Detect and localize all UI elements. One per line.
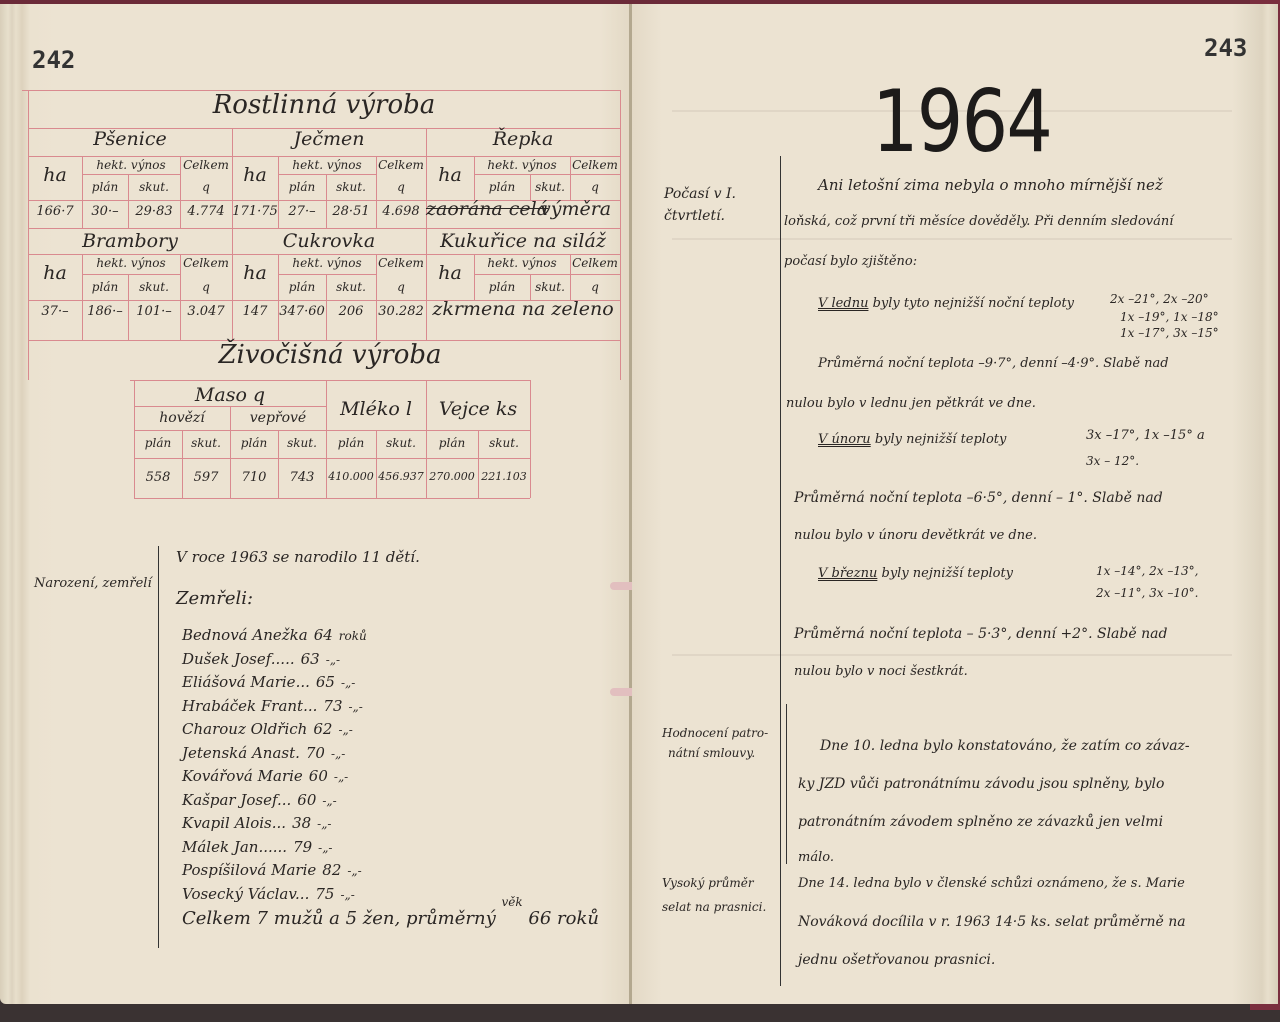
col-plan: plán: [474, 280, 530, 294]
col-celkem: Celkem: [180, 256, 232, 270]
month-text: byly nejnižší teploty: [882, 566, 1014, 581]
col-plan: plán: [326, 436, 376, 450]
month-line-january: V lednu byly tyto nejnižší noční teploty: [818, 296, 1074, 311]
age-unit: roků: [339, 629, 367, 643]
age-unit: -„-: [340, 888, 354, 902]
death-entry: Pospíšilová Marie82-„-: [182, 861, 362, 879]
age-unit: -„-: [318, 841, 332, 855]
page-number: 243: [1204, 34, 1247, 62]
col-ha: ha: [232, 164, 278, 186]
side-label-line: Počasí v I.: [664, 186, 736, 202]
col-unit-q: q: [376, 180, 426, 194]
crop-name-jecmen: Ječmen: [232, 128, 426, 150]
col-ha: ha: [426, 262, 474, 284]
repka-note-struck: zaorána celá: [426, 198, 536, 220]
age-unit: -„-: [349, 700, 363, 714]
page-number: 242: [32, 46, 75, 74]
age-unit: -„-: [338, 723, 352, 737]
col-plan: plán: [82, 180, 128, 194]
temps-line: 2x –21°, 2x –20°: [1110, 292, 1209, 306]
deceased-name: Málek Jan: [182, 838, 258, 856]
month-label: V lednu: [818, 296, 868, 311]
death-entry: Dušek Josef.....63-„-: [182, 650, 340, 668]
psenice-celkem: 4.774: [180, 204, 232, 219]
text-line: Průměrná noční teplota –9·7°, denní –4·9…: [818, 356, 1169, 371]
deceased-age: 62: [313, 720, 332, 738]
text-line: počasí bylo zjištěno:: [784, 254, 917, 269]
crop-name-brambory: Brambory: [28, 230, 232, 252]
leader-dots: ...: [277, 791, 291, 809]
text-line: nulou bylo v noci šestkrát.: [794, 664, 968, 679]
death-entry: Vosecký Václav...75-„-: [182, 885, 355, 903]
margin-rule: [786, 704, 787, 864]
text-line: loňská, což první tři měsíce dověděly. P…: [784, 214, 1173, 229]
death-entry: Bednová Anežka64roků: [182, 626, 367, 644]
kukurice-note: zkrmena na zeleno: [426, 298, 620, 320]
side-label-line: čtvrtletí.: [664, 208, 725, 224]
side-label-line: nátní smlouvy.: [668, 746, 755, 760]
vejce-header: Vejce ks: [426, 398, 530, 420]
col-plan: plán: [134, 436, 182, 450]
text-line: Průměrná noční teplota – 5·3°, denní +2°…: [794, 626, 1167, 642]
summary-insert: věk: [502, 895, 523, 909]
col-skut: skut.: [326, 280, 376, 294]
animal-production-title: Živočišná výroba: [200, 340, 460, 370]
deceased-age: 70: [306, 744, 325, 762]
side-label-line: Vysoký průměr: [662, 876, 754, 890]
col-unit-q: q: [180, 180, 232, 194]
jecmen-skut: 28·51: [326, 204, 376, 219]
summary-text: Celkem 7 mužů a 5 žen, průměrný: [182, 908, 496, 929]
col-celkem: Celkem: [180, 158, 232, 172]
hovezi-plan: 558: [134, 470, 182, 485]
psenice-ha: 166·7: [28, 204, 82, 219]
hovezi-header: hovězí: [134, 410, 230, 426]
temps-line: 1x –14°, 2x –13°,: [1096, 564, 1198, 578]
col-plan: plán: [278, 280, 326, 294]
deceased-age: 73: [323, 697, 342, 715]
col-skut: skut.: [530, 280, 570, 294]
deceased-name: Eliášová Marie: [182, 673, 296, 691]
leader-dots: ......: [258, 838, 287, 856]
crop-name-psenice: Pšenice: [28, 128, 232, 150]
death-entry: Kvapil Alois...38-„-: [182, 814, 331, 832]
deceased-name: Kašpar Josef: [182, 791, 277, 809]
col-skut: skut.: [326, 180, 376, 194]
col-ha: ha: [426, 164, 474, 186]
mleko-header: Mléko l: [326, 398, 426, 420]
col-unit-q: q: [376, 280, 426, 294]
col-unit-q: q: [570, 180, 620, 194]
crop-name-kukurice: Kukuřice na siláž: [426, 230, 620, 252]
col-unit-q: q: [570, 280, 620, 294]
deceased-age: 64: [314, 626, 333, 644]
cukrovka-celkem: 30.282: [376, 304, 426, 319]
death-entry: Málek Jan......79-„-: [182, 838, 332, 856]
jecmen-celkem: 4.698: [376, 204, 426, 219]
repka-note: výměra: [540, 198, 610, 220]
leader-dots: .....: [271, 650, 295, 668]
text-line: Průměrná noční teplota –6·5°, denní – 1°…: [794, 490, 1163, 506]
maso-header: Maso q: [134, 384, 326, 406]
col-celkem: Celkem: [376, 158, 426, 172]
age-unit: -„-: [322, 794, 336, 808]
col-hekt-vynos: hekt. výnos: [278, 256, 376, 270]
deceased-name: Bednová Anežka: [182, 626, 308, 644]
col-celkem: Celkem: [376, 256, 426, 270]
col-skut: skut.: [128, 180, 180, 194]
temps-line: 1x –17°, 3x –15°: [1120, 326, 1219, 340]
text-line: Dne 10. ledna bylo konstatováno, že zatí…: [820, 738, 1190, 754]
col-skut: skut.: [376, 436, 426, 450]
margin-rule: [780, 156, 781, 986]
age-unit: -„-: [334, 770, 348, 784]
death-entry: Eliášová Marie...65-„-: [182, 673, 355, 691]
month-label: V únoru: [818, 432, 871, 447]
deceased-name: Kovářová Marie: [182, 767, 303, 785]
text-line: jednu ošetřovanou prasnici.: [798, 952, 995, 968]
leader-dots: ...: [272, 814, 286, 832]
death-entry: Charouz Oldřich62-„-: [182, 720, 353, 738]
month-label: V březnu: [818, 566, 877, 581]
side-label: Narození, zemřelí: [34, 576, 152, 591]
vejce-plan: 270.000: [426, 470, 478, 483]
col-plan: plán: [426, 436, 478, 450]
hovezi-skut: 597: [182, 470, 230, 485]
open-ledger-book: 242 Rostlinná výroba Pšenice Ječmen Řepk…: [0, 4, 1278, 1010]
col-hekt-vynos: hekt. výnos: [474, 256, 570, 270]
margin-rule: [158, 546, 159, 948]
temps-line: 3x – 12°.: [1086, 454, 1139, 468]
deceased-name: Charouz Oldřich: [182, 720, 307, 738]
psenice-plan: 30·–: [82, 204, 128, 219]
deceased-name: Kvapil Alois: [182, 814, 272, 832]
age-unit: -„-: [347, 864, 361, 878]
col-plan: plán: [230, 436, 278, 450]
death-entry: Kašpar Josef...60-„-: [182, 791, 337, 809]
temps-line: 2x –11°, 3x –10°.: [1096, 586, 1198, 600]
col-celkem: Celkem: [570, 158, 620, 172]
brambory-skut: 101·–: [128, 304, 180, 319]
deaths-heading: Zemřeli:: [176, 588, 253, 609]
side-label-line: Hodnocení patro-: [662, 726, 768, 740]
veprove-plan: 710: [230, 470, 278, 485]
temps-line: 1x –19°, 1x –18°: [1120, 310, 1219, 324]
cukrovka-ha: 147: [232, 304, 278, 319]
col-skut: skut.: [530, 180, 570, 194]
veprove-header: vepřové: [230, 410, 326, 426]
month-line-february: V únoru byly nejnižší teploty: [818, 432, 1006, 447]
text-line: Nováková docílila v r. 1963 14·5 ks. sel…: [798, 914, 1186, 930]
jecmen-plan: 27·–: [278, 204, 326, 219]
month-line-march: V březnu byly nejnižší teploty: [818, 566, 1013, 581]
deceased-age: 38: [292, 814, 311, 832]
deceased-name: Vosecký Václav: [182, 885, 295, 903]
col-plan: plán: [278, 180, 326, 194]
deceased-name: Jetenská Anast.: [182, 744, 300, 762]
col-ha: ha: [28, 262, 82, 284]
mleko-skut: 456.937: [376, 470, 426, 483]
death-entry: Kovářová Marie60-„-: [182, 767, 348, 785]
col-ha: ha: [232, 262, 278, 284]
death-entry: Hrabáček Frant...73-„-: [182, 697, 363, 715]
cukrovka-plan: 347·60: [278, 304, 326, 319]
births-line: V roce 1963 se narodilo 11 dětí.: [176, 548, 420, 566]
col-skut: skut.: [128, 280, 180, 294]
left-page: 242 Rostlinná výroba Pšenice Ječmen Řepk…: [0, 4, 632, 1004]
col-hekt-vynos: hekt. výnos: [474, 158, 570, 172]
brambory-celkem: 3.047: [180, 304, 232, 319]
col-skut: skut.: [182, 436, 230, 450]
deceased-age: 65: [316, 673, 335, 691]
age-unit: -„-: [331, 747, 345, 761]
col-celkem: Celkem: [570, 256, 620, 270]
deceased-age: 60: [297, 791, 316, 809]
crop-name-cukrovka: Cukrovka: [232, 230, 426, 252]
crop-name-repka: Řepka: [426, 128, 620, 150]
col-plan: plán: [474, 180, 530, 194]
text-line: nulou bylo v únoru devětkrát ve dne.: [794, 528, 1037, 543]
deceased-name: Dušek Josef: [182, 650, 271, 668]
psenice-skut: 29·83: [128, 204, 180, 219]
deceased-age: 63: [301, 650, 320, 668]
text-line: ky JZD vůči patronátnímu závodu jsou spl…: [798, 776, 1164, 792]
temps-line: 3x –17°, 1x –15° a: [1086, 428, 1205, 443]
col-skut: skut.: [478, 436, 530, 450]
age-unit: -„-: [341, 676, 355, 690]
month-text: byly nejnižší teploty: [875, 432, 1007, 447]
age-unit: -„-: [317, 817, 331, 831]
deceased-name: Pospíšilová Marie: [182, 861, 316, 879]
cukrovka-skut: 206: [326, 304, 376, 319]
age-unit: -„-: [326, 653, 340, 667]
leader-dots: ...: [295, 885, 309, 903]
brambory-plan: 186·–: [82, 304, 128, 319]
col-hekt-vynos: hekt. výnos: [278, 158, 376, 172]
leader-dots: ...: [296, 673, 310, 691]
text-line: patronátním závodem splněno ze závazků j…: [798, 814, 1163, 830]
text-line: Ani letošní zima nebyla o mnoho mírnější…: [818, 176, 1163, 194]
deceased-age: 79: [293, 838, 312, 856]
brambory-ha: 37·–: [28, 304, 82, 319]
plant-production-title: Rostlinná výroba: [28, 90, 620, 120]
summary-end: 66 roků: [528, 908, 599, 929]
month-text: byly tyto nejnižší noční teploty: [873, 296, 1074, 311]
text-line: Dne 14. ledna bylo v členské schůzi ozná…: [798, 876, 1185, 891]
year-heading: 1964: [872, 72, 1051, 172]
deceased-age: 60: [309, 767, 328, 785]
deceased-age: 82: [322, 861, 341, 879]
veprove-skut: 743: [278, 470, 326, 485]
vejce-skut: 221.103: [478, 470, 530, 483]
col-hekt-vynos: hekt. výnos: [82, 158, 180, 172]
deceased-name: Hrabáček Frant.: [182, 697, 308, 715]
deceased-age: 75: [315, 885, 334, 903]
col-plan: plán: [82, 280, 128, 294]
mleko-plan: 410.000: [326, 470, 376, 483]
deaths-summary: Celkem 7 mužů a 5 žen, průměrný věk 66 r…: [182, 908, 599, 929]
text-line: málo.: [798, 850, 834, 865]
col-unit-q: q: [180, 280, 232, 294]
leader-dots: ..: [308, 697, 318, 715]
col-skut: skut.: [278, 436, 326, 450]
col-hekt-vynos: hekt. výnos: [82, 256, 180, 270]
jecmen-ha: 171·75: [232, 204, 278, 219]
death-entry: Jetenská Anast.70-„-: [182, 744, 345, 762]
side-label-line: selat na prasnici.: [662, 900, 766, 914]
col-ha: ha: [28, 164, 82, 186]
text-line: nulou bylo v lednu jen pětkrát ve dne.: [786, 396, 1036, 411]
